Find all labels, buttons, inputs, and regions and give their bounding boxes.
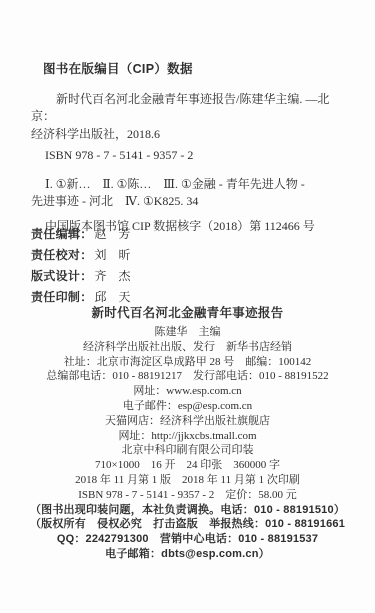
cip-data-block: 图书在版编目（CIP）数据 新时代百名河北金融青年事迹报告/陈建华主编. —北京… xyxy=(31,61,351,235)
website-line: 网址：www.esp.com.cn xyxy=(0,384,375,399)
staff-row-layout-designer: 版式设计：齐 杰 xyxy=(31,266,131,287)
cip-classification-line-1: Ⅰ. ①新… Ⅱ. ①陈… Ⅲ. ①金融 - 青年先进人物 - xyxy=(31,176,351,194)
staff-role: 版式设计： xyxy=(31,269,93,283)
editor-line: 陈建华 主编 xyxy=(0,325,375,340)
cip-record-line-2: 经济科学出版社，2018.6 xyxy=(31,126,351,144)
cip-record-line-1: 新时代百名河北金融青年事迹报告/陈建华主编. —北京： xyxy=(31,91,351,126)
staff-credits-block: 责任编辑：赵 芳 责任校对：刘 昕 版式设计：齐 杰 责任印制：邱 天 xyxy=(31,224,131,308)
notice-qq-line: QQ：2242791300 营销中心电话：010 - 88191537 xyxy=(0,532,375,547)
phone-line: 总编部电话：010 - 88191217 发行部电话：010 - 8819152… xyxy=(0,369,375,384)
book-title: 新时代百名河北金融青年事迹报告 xyxy=(0,305,375,321)
colophon-block: 新时代百名河北金融青年事迹报告 陈建华 主编 经济科学出版社出版、发行 新华书店… xyxy=(0,305,375,562)
publisher-line: 经济科学出版社出版、发行 新华书店经销 xyxy=(0,340,375,355)
notice-exchange-line: （图书出现印装问题，本社负责调换。电话：010 - 88191510） xyxy=(0,503,375,518)
format-line: 710×1000 16 开 24 印张 360000 字 xyxy=(0,458,375,473)
staff-name: 赵 芳 xyxy=(95,227,131,241)
cip-record: 新时代百名河北金融青年事迹报告/陈建华主编. —北京： 经济科学出版社，2018… xyxy=(31,91,351,144)
address-line: 社址：北京市海淀区阜成路甲 28 号 邮编：100142 xyxy=(0,355,375,370)
staff-row-editor: 责任编辑：赵 芳 xyxy=(31,224,131,245)
staff-row-proofreader: 责任校对：刘 昕 xyxy=(31,245,131,266)
tmall-store-line: 天猫网店：经济科学出版社旗舰店 xyxy=(0,414,375,429)
printer-line: 北京中科印刷有限公司印装 xyxy=(0,443,375,458)
staff-name: 刘 昕 xyxy=(95,248,131,262)
notice-copyright-line: （版权所有 侵权必究 打击盗版 举报热线：010 - 88191661 xyxy=(0,517,375,532)
cip-heading: 图书在版编目（CIP）数据 xyxy=(31,61,351,79)
staff-name: 齐 杰 xyxy=(95,269,131,283)
isbn-price-line: ISBN 978 - 7 - 5141 - 9357 - 2 定价：58.00 … xyxy=(0,488,375,503)
cip-classification: Ⅰ. ①新… Ⅱ. ①陈… Ⅲ. ①金融 - 青年先进人物 - 先进事迹 - 河… xyxy=(31,176,351,211)
staff-name: 邱 天 xyxy=(95,290,131,304)
staff-role: 责任校对： xyxy=(31,248,93,262)
copyright-page: 图书在版编目（CIP）数据 新时代百名河北金融青年事迹报告/陈建华主编. —北京… xyxy=(0,0,375,613)
cip-classification-line-2: 先进事迹 - 河北 Ⅳ. ①K825. 34 xyxy=(31,193,351,211)
cip-isbn: ISBN 978 - 7 - 5141 - 9357 - 2 xyxy=(31,147,351,165)
edition-line: 2018 年 11 月第 1 版 2018 年 11 月第 1 次印刷 xyxy=(0,473,375,488)
staff-role: 责任印制： xyxy=(31,290,93,304)
tmall-url-line: 网址：http://jjkxcbs.tmall.com xyxy=(0,429,375,444)
email-line: 电子邮件：esp@esp.com.cn xyxy=(0,399,375,414)
notice-email-line: 电子邮箱：dbts@esp.com.cn） xyxy=(0,547,375,562)
staff-role: 责任编辑： xyxy=(31,227,93,241)
